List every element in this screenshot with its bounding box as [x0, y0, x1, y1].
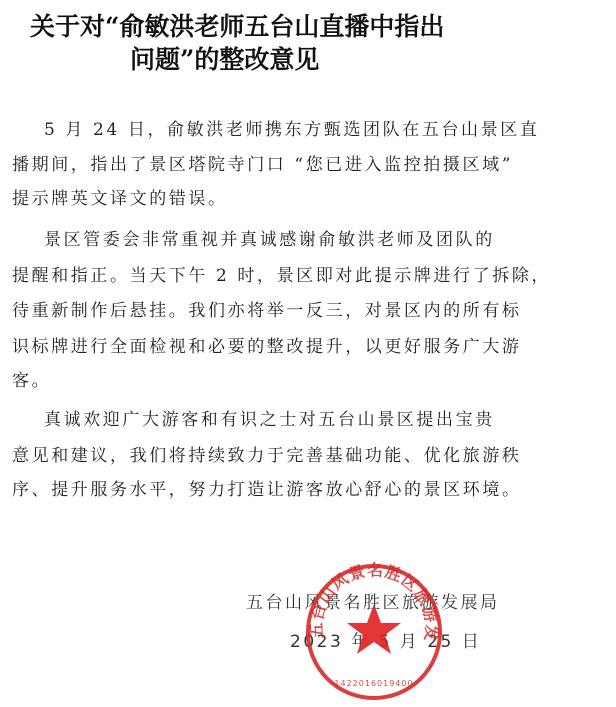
paragraph-line: 播期间，指出了景区塔院寺门口 “您已进入监控拍摄区域”: [12, 154, 513, 176]
paragraph-line: 客。: [12, 370, 51, 392]
paragraph-line: 5 月 24 日，俞敏洪老师携东方甄选团队在五台山景区直: [44, 119, 539, 141]
paragraph-line: 真诚欢迎广大游客和有识之士对五台山景区提出宝贵: [44, 409, 495, 431]
seal-serial: 1422016019400: [334, 679, 413, 688]
seal-icon: 五台山风景名胜区旅游发展局 1422016019400: [302, 562, 446, 702]
paragraph-line: 序、提升服务水平，努力打造让游客放心舒心的景区环境。: [12, 479, 522, 501]
official-seal: 五台山风景名胜区旅游发展局 1422016019400: [302, 562, 446, 702]
paragraph-line: 提醒和指正。当天下午 2 时，景区即对此提示牌进行了拆除，: [12, 265, 551, 287]
paragraph-line: 景区管委会非常重视并真诚感谢俞敏洪老师及团队的: [44, 229, 495, 251]
paragraph-line: 提示牌英文译文的错误。: [12, 188, 228, 210]
title-line-2: 问题”的整改意见: [130, 43, 319, 76]
paragraph-line: 识标牌进行全面检视和必要的整改提升，以更好服务广大游: [12, 336, 522, 358]
paragraph-line: 待重新制作后悬挂。我们亦将举一反三，对景区内的所有标: [12, 300, 522, 322]
title-line-1: 关于对“俞敏洪老师五台山直播中指出: [30, 10, 444, 43]
paragraph-line: 意见和建议，我们将持续致力于完善基础功能、优化旅游秩: [12, 445, 522, 467]
